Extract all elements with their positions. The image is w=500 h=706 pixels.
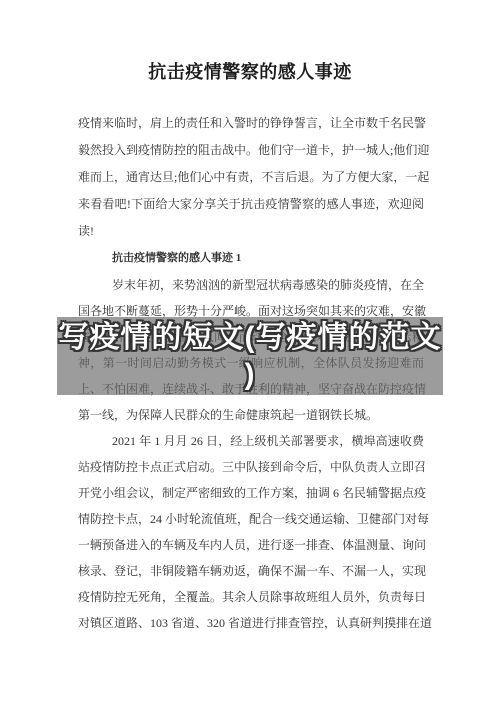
text-line: 上、不怕困难，连续战斗、敢于胜利的精神，坚守奋战在防控疫情 — [78, 376, 424, 402]
text-line: 难而上，通宵达旦;他们心中有责，不言后退。为了方便大家，一起 — [78, 164, 424, 191]
text-line: 岁末年初，来势汹汹的新型冠状病毒感染的肺炎疫情，在全 — [78, 272, 424, 298]
text-line: 一辆预备进入的车辆及车内人员，进行逐一排查、体温测量、询问 — [78, 532, 424, 558]
text-line: 疫情防控无死角，全覆盖。其余人员除事故班组人员外，负责每日 — [78, 584, 424, 610]
document-page: 抗击疫情警察的感人事迹 疫情来临时，肩上的责任和入警时的铮铮誓言，让全市数千名民… — [0, 0, 500, 706]
text-line: 情防控卡点，24 小时轮流值班，配合一线交通运输、卫健部门对每 — [78, 506, 424, 532]
story-paragraph-1: 岁末年初，来势汹汹的新型冠状病毒感染的肺炎疫情，在全 国各地不断蔓延，形势十分严… — [78, 272, 424, 428]
section-heading: 抗击疫情警察的感人事迹 1 — [78, 245, 424, 272]
text-line: 来看看吧!下面给大家分享关于抗击疫情警察的感人事迹，欢迎阅 — [78, 191, 424, 218]
text-line: 2021 年 1 月月 26 日，经上级机关部署要求，横埠高速收费 — [78, 428, 424, 454]
text-line: 读! — [78, 218, 424, 245]
text-line: 对镇区道路、103 省道、320 省道进行排查管控，认真研判摸排在道 — [78, 610, 424, 636]
text-line: 疫情来临时，肩上的责任和入警时的铮铮誓言，让全市数千名民警 — [78, 110, 424, 137]
intro-paragraph: 疫情来临时，肩上的责任和入警时的铮铮誓言，让全市数千名民警 毅然投入到疫情防控的… — [78, 110, 424, 245]
text-line: 国各地不断蔓延，形势十分严峻。面对这场突如其来的灾难，安徽 — [78, 298, 424, 324]
text-line: 开党小组会议，制定严密细致的工作方案，抽调 6 名民辅警据点疫 — [78, 480, 424, 506]
text-line: 站疫情防控卡点正式启动。三中队接到命令后，中队负责人立即召 — [78, 454, 424, 480]
document-body: 疫情来临时，肩上的责任和入警时的铮铮誓言，让全市数千名民警 毅然投入到疫情防控的… — [78, 110, 424, 636]
text-line: 核录、登记，非铜陵籍车辆劝返，确保不漏一车、不漏一人，实现 — [78, 558, 424, 584]
text-line: 神，第一时间启动勤务模式一级响应机制，全体队员发扬迎难而 — [78, 350, 424, 376]
text-line: 第一线，为保障人民群众的生命健康筑起一道钢铁长城。 — [78, 402, 424, 428]
document-title: 抗击疫情警察的感人事迹 — [0, 60, 500, 84]
story-paragraph-2: 2021 年 1 月月 26 日，经上级机关部署要求，横埠高速收费 站疫情防控卡… — [78, 428, 424, 636]
text-line: 省铜陵市公安局交警大队闻令而动，全警上岗，按照上级指示精 — [78, 324, 424, 350]
text-line: 毅然投入到疫情防控的阻击战中。他们守一道卡，护一城人;他们迎 — [78, 137, 424, 164]
